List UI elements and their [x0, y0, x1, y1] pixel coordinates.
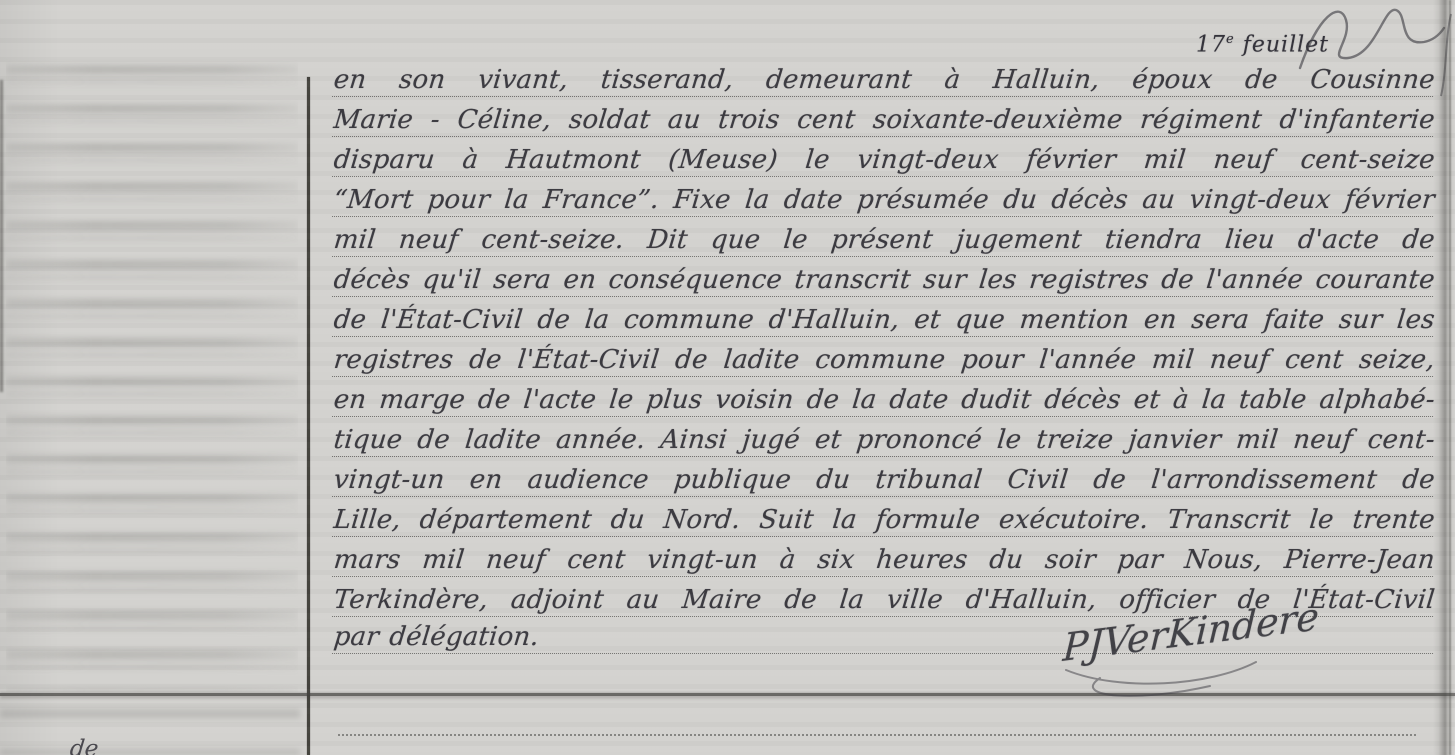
handwritten-line: disparu à Hautmont (Meuse) le vingt-deux…: [332, 137, 1437, 177]
handwritten-line: de l'État-Civil de la commune d'Halluin,…: [332, 297, 1437, 337]
handwritten-line: tique de ladite année. Ainsi jugé et pro…: [332, 417, 1437, 457]
handwritten-line: vingt-un en audience publique du tribuna…: [332, 457, 1437, 497]
folio-ordinal: e: [1226, 32, 1235, 47]
handwritten-line: en son vivant, tisserand, demeurant à Ha…: [332, 57, 1437, 97]
bleedthrough-writing: [6, 52, 298, 692]
handwritten-line: décès qu'il sera en conséquence transcri…: [332, 257, 1437, 297]
handwritten-line: Marie - Céline, soldat au trois cent soi…: [332, 97, 1437, 137]
bottom-dotted-rule: [338, 734, 1416, 736]
handwritten-line: mil neuf cent-seize. Dit que le présent …: [332, 217, 1437, 257]
handwritten-line: registres de l'État-Civil de ladite comm…: [332, 337, 1437, 377]
page-right-edge-line: [1449, 0, 1451, 755]
margin-rule: [307, 77, 310, 755]
edge-mark-icon: [1437, 10, 1455, 100]
signature-flourish-icon: [1060, 640, 1270, 700]
handwritten-line: en marge de l'acte le plus voisin de la …: [332, 377, 1437, 417]
page-left-edge: [0, 80, 3, 392]
handwritten-line: “Mort pour la France”. Fixe la date prés…: [332, 177, 1437, 217]
bleedthrough-writing-bottom: [0, 695, 300, 755]
folio-number: 17: [1196, 32, 1226, 57]
handwritten-line: mars mil neuf cent vingt-un à six heures…: [332, 537, 1437, 577]
corner-text-fragment: de: [69, 736, 100, 755]
handwritten-line: Lille, département du Nord. Suit la form…: [332, 497, 1437, 537]
